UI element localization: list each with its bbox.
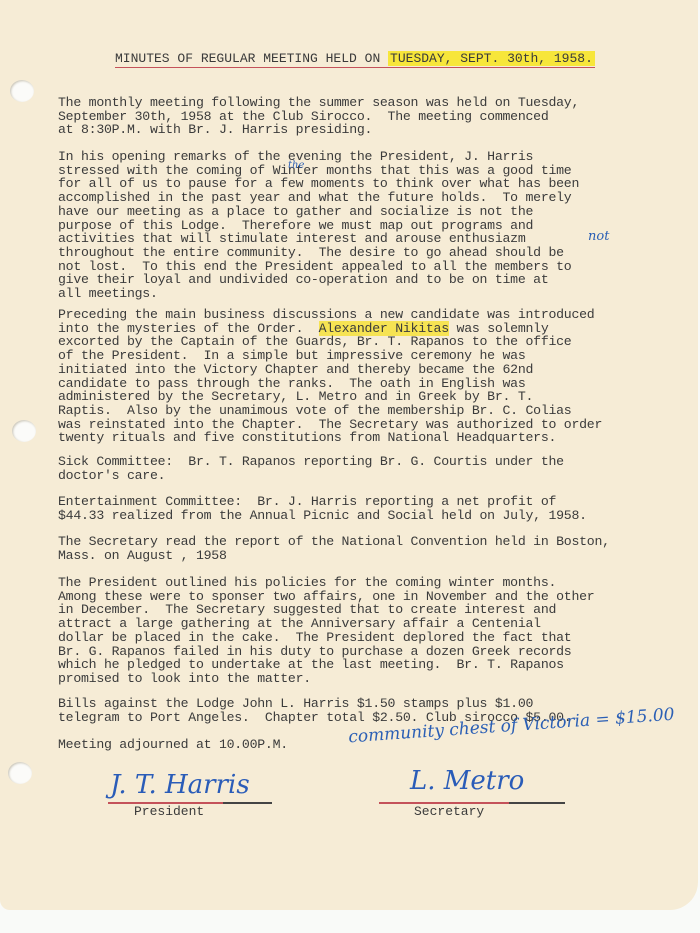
secretary-signature: L. Metro <box>410 766 524 796</box>
document-page: MINUTES OF REGULAR MEETING HELD ON TUESD… <box>0 0 698 910</box>
president-signature: J. T. Harris <box>110 770 250 800</box>
paragraph-adjourned: Meeting adjourned at 10.00P.M. <box>58 738 678 752</box>
paragraph-new-candidate: Preceding the main business discussions … <box>58 308 678 445</box>
document-title: MINUTES OF REGULAR MEETING HELD ON TUESD… <box>115 51 595 68</box>
title-prefix: MINUTES OF REGULAR MEETING HELD ON <box>115 51 388 66</box>
secretary-label: Secretary <box>414 804 484 819</box>
paragraph-sick-committee: Sick Committee: Br. T. Rapanos reporting… <box>58 455 678 482</box>
punch-hole <box>8 762 32 784</box>
paragraph-national-convention: The Secretary read the report of the Nat… <box>58 535 678 562</box>
punch-hole <box>12 420 36 442</box>
president-label: President <box>134 804 204 819</box>
paragraph-president-policies: The President outlined his policies for … <box>58 576 678 686</box>
paragraph-opening: The monthly meeting following the summer… <box>58 96 678 137</box>
handwritten-not-insert: not <box>588 229 609 244</box>
punch-hole <box>10 80 34 102</box>
title-date-highlighted: TUESDAY, SEPT. 30th, 1958. <box>388 51 595 66</box>
paragraph-entertainment-committee: Entertainment Committee: Br. J. Harris r… <box>58 495 678 522</box>
handwritten-the-insert: the <box>288 160 304 171</box>
paragraph-president-remarks: In his opening remarks of the evening th… <box>58 150 678 301</box>
candidate-text-b: was solemnly excorted by the Captain of … <box>58 321 602 446</box>
